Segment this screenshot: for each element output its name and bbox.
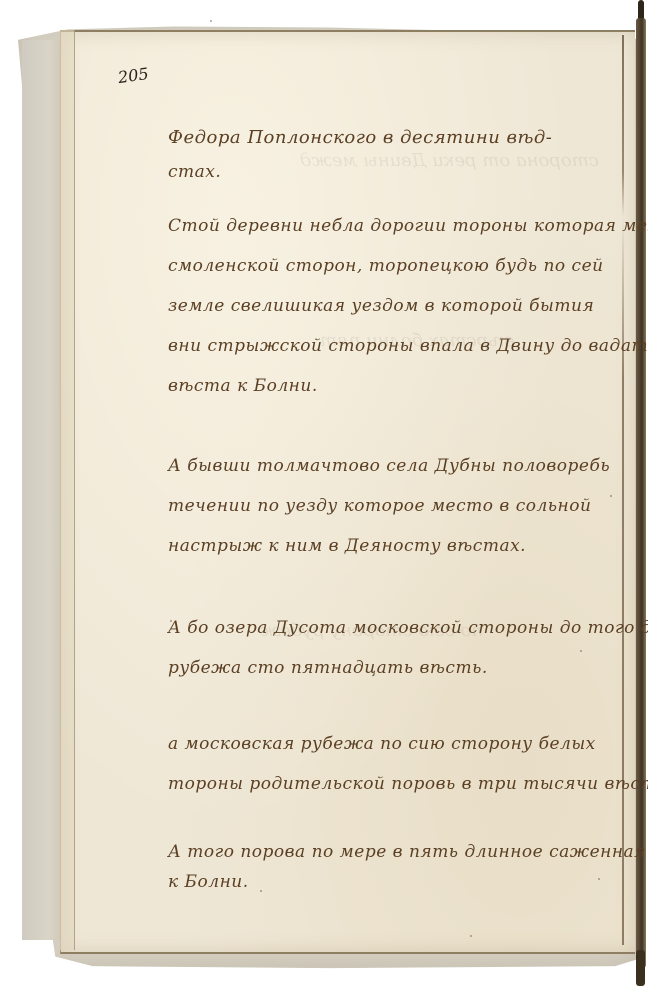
text-line: вни стрыжской стороны впала в Двину до в… bbox=[168, 326, 608, 366]
paragraph-2: А бывши толмачтово села Дубны половоребь… bbox=[168, 446, 608, 566]
text-line: тороны родительской поровь в три тысячи … bbox=[168, 764, 608, 804]
text-line: а московская рубежа по сию сторону белых bbox=[168, 724, 608, 764]
paragraph-4: а московская рубежа по сию сторону белых… bbox=[168, 724, 608, 804]
text-line: смоленской сторон, торопецкою будь по се… bbox=[168, 246, 608, 286]
text-line: рубежа сто пятнадцать вѣсть. bbox=[168, 648, 608, 688]
book-binding-spine bbox=[636, 18, 646, 968]
paragraph-heading: Федора Поплонского в десятини вѣд- стах. bbox=[168, 118, 608, 192]
leaf-fold-edge bbox=[60, 30, 75, 950]
binding-thread-bottom bbox=[636, 950, 645, 986]
text-line: земле свелишикая уездом в которой бытия bbox=[168, 286, 608, 326]
text-line: стах. bbox=[168, 152, 608, 192]
paragraph-1: Стой деревни небла дорогии тороны котора… bbox=[168, 206, 608, 406]
text-line: течении по уезду которое место в сольной bbox=[168, 486, 608, 526]
text-line: А бывши толмачтово села Дубны половоребь bbox=[168, 446, 608, 486]
text-line: А бо озера Дусота московской стороны до … bbox=[168, 608, 608, 648]
paragraph-3: А бо озера Дусота московской стороны до … bbox=[168, 608, 608, 688]
text-line: вѣста к Болни. bbox=[168, 366, 608, 406]
text-line: настрыж к ним в Деяносту вѣстах. bbox=[168, 526, 608, 566]
manuscript-scan: сторона от реки Двины межд вѣрстах болни… bbox=[0, 0, 648, 986]
paragraph-5: А того порова по мере в пять длинное саж… bbox=[168, 832, 608, 902]
manuscript-text: Федора Поплонского в десятини вѣд- стах.… bbox=[168, 118, 608, 902]
text-line: Стой деревни небла дорогии тороны котора… bbox=[168, 206, 608, 246]
text-line: Федора Поплонского в десятини вѣд- bbox=[168, 118, 608, 158]
right-margin-rule bbox=[622, 35, 624, 945]
